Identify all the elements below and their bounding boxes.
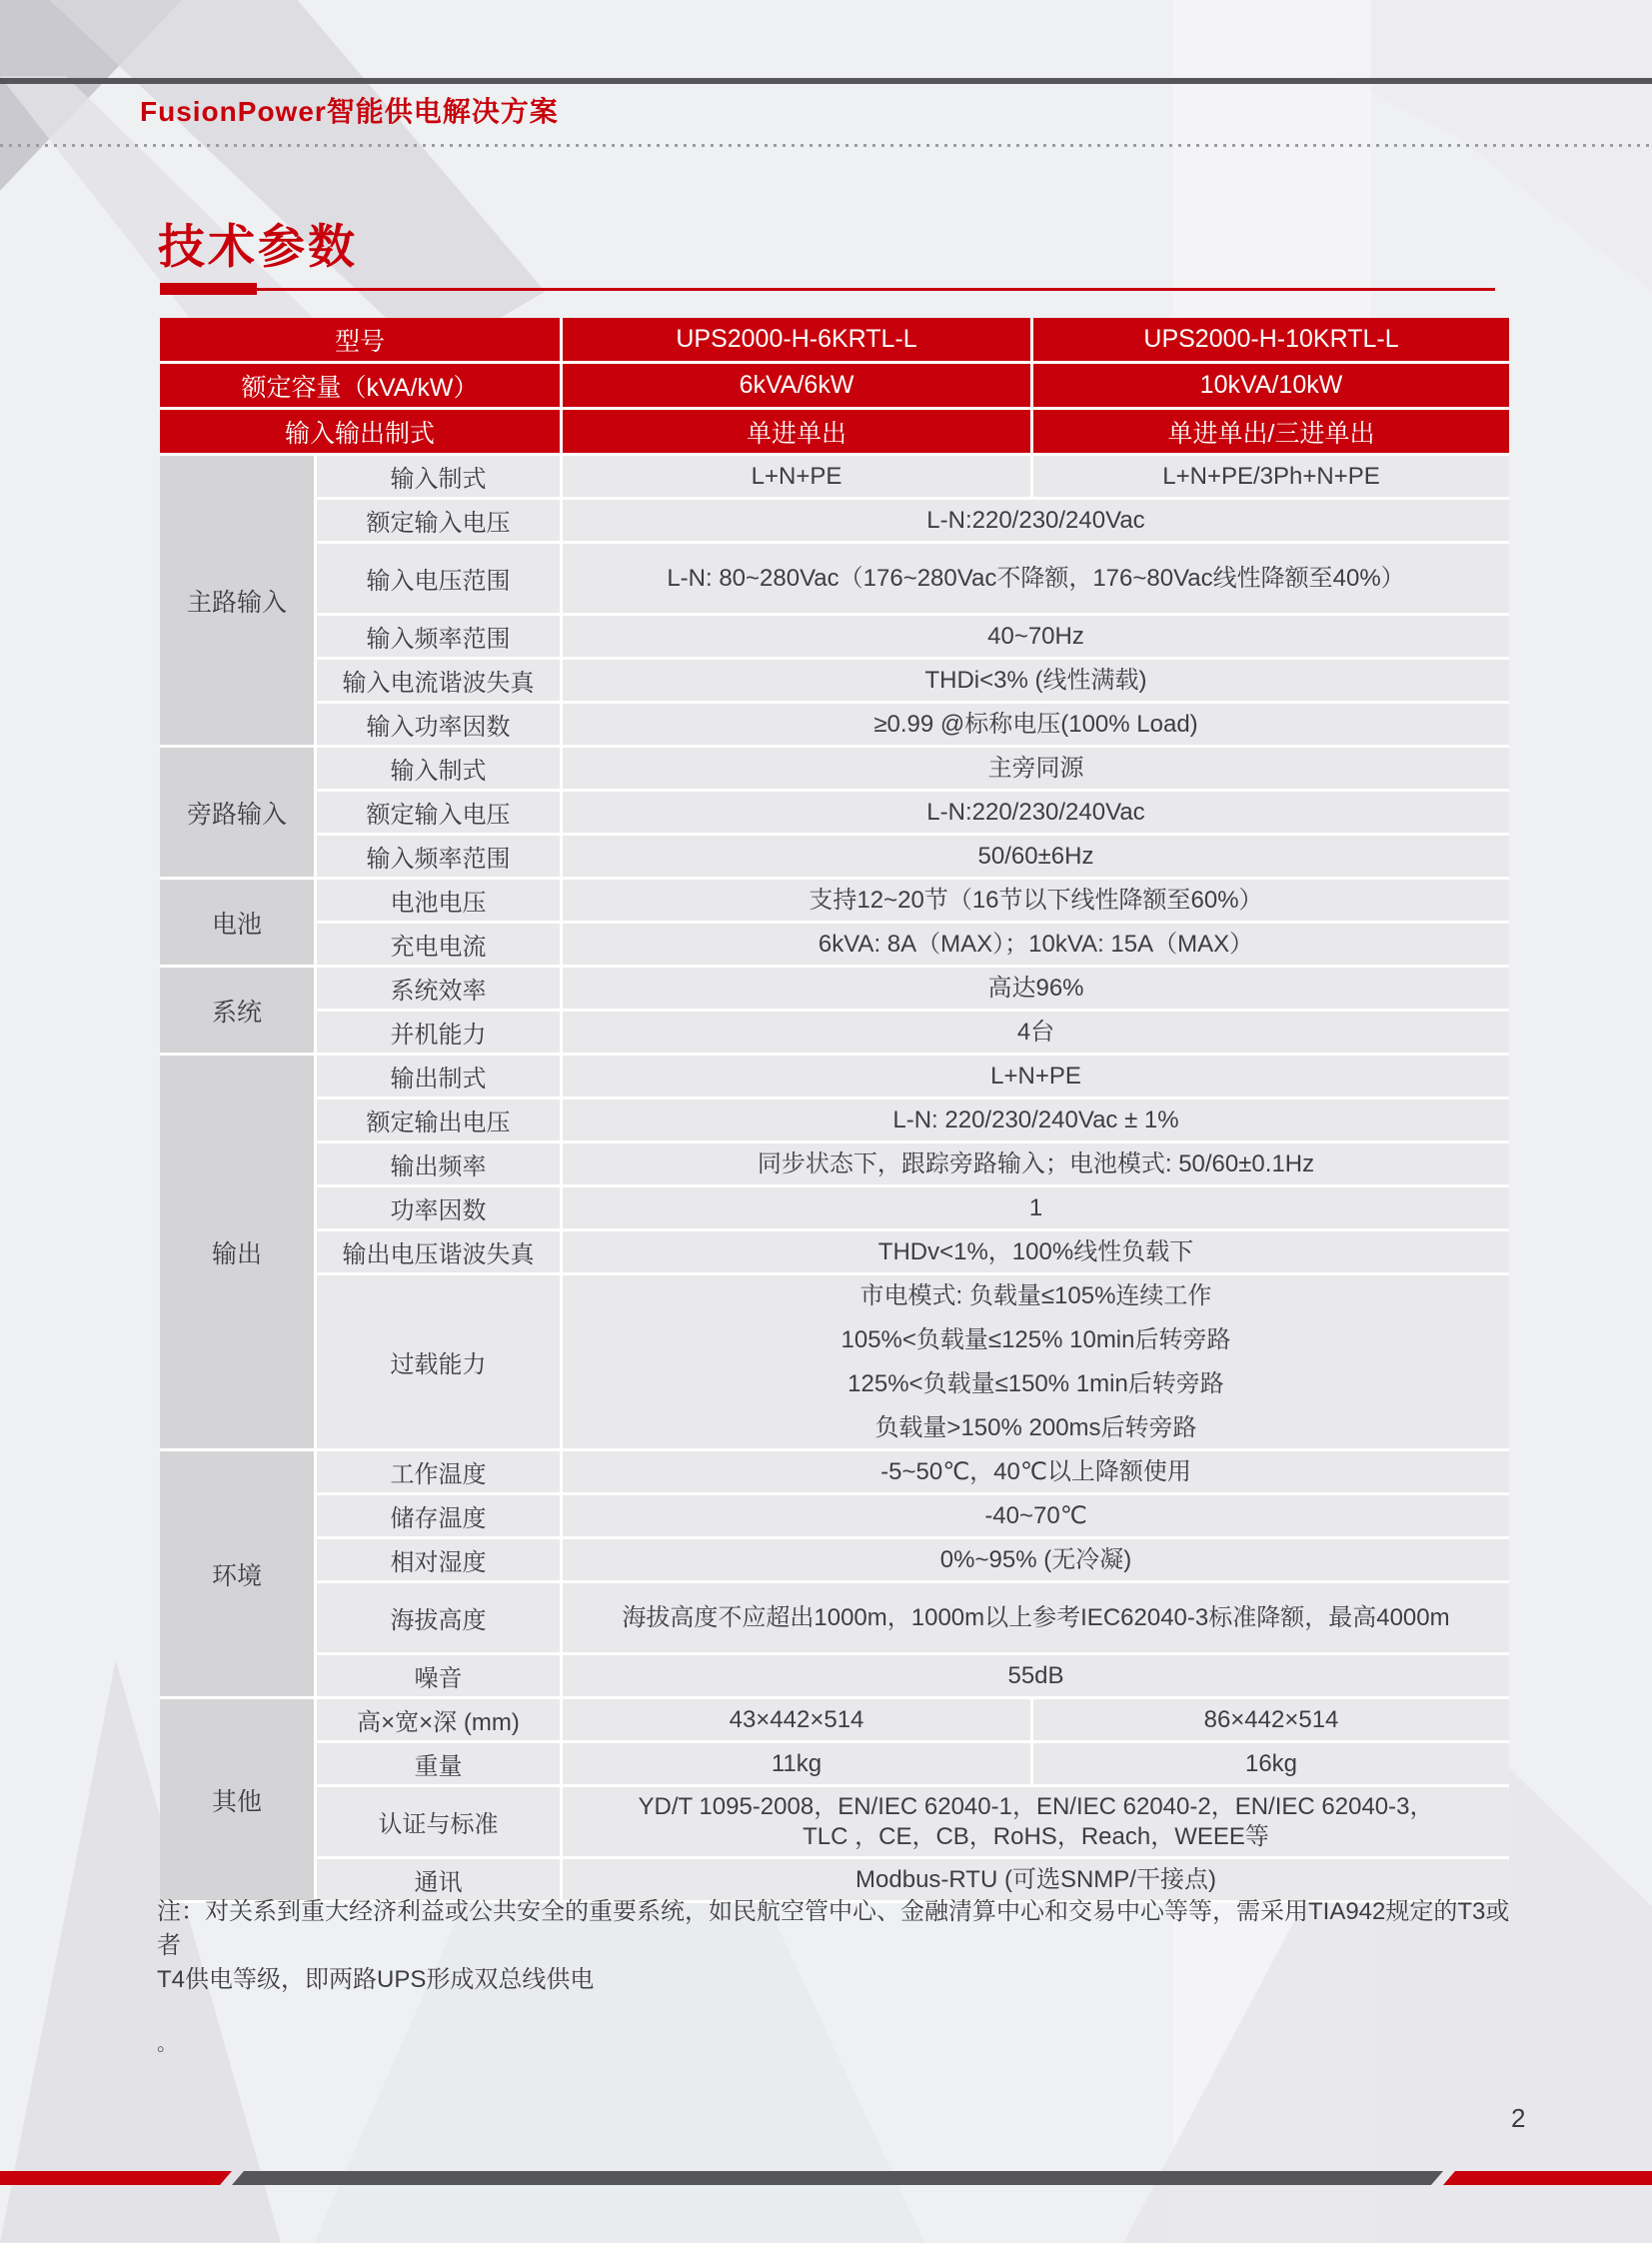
table-row: 充电电流6kVA: 8A（MAX）；10kVA: 15A（MAX）: [317, 924, 1509, 968]
value-text: 海拔高度不应超出1000m，1000m以上参考IEC62040-3标准降额，最高…: [622, 1603, 1449, 1633]
table-header-value: UPS2000-H-10KRTL-L: [1033, 318, 1509, 364]
table-row: 噪音55dB: [317, 1655, 1509, 1699]
value-cell: YD/T 1095-2008，EN/IEC 62040-1，EN/IEC 620…: [563, 1787, 1509, 1859]
value-cell: 40~70Hz: [563, 616, 1509, 660]
param-cell: 功率因数: [317, 1187, 563, 1231]
top-divider-bar: [0, 78, 1652, 84]
table-group: 电池电池电压支持12~20节（16节以下线性降额至60%）充电电流6kVA: 8…: [160, 880, 1509, 968]
param-cell: 储存温度: [317, 1495, 563, 1539]
value-text: ≥0.99 @标称电压(100% Load): [873, 710, 1197, 740]
table-row: 系统效率高达96%: [317, 968, 1509, 1012]
param-cell: 额定输出电压: [317, 1100, 563, 1143]
param-cell: 并机能力: [317, 1012, 563, 1056]
table-group: 其他高×宽×深 (mm)43×442×51486×442×514重量11kg16…: [160, 1699, 1509, 1903]
group-rows: 系统效率高达96%并机能力4台: [317, 968, 1509, 1056]
param-cell: 输入频率范围: [317, 836, 563, 880]
group-rows: 输出制式L+N+PE额定输出电压L-N: 220/230/240Vac ± 1%…: [317, 1056, 1509, 1451]
value-cell: 1: [563, 1187, 1509, 1231]
dotted-separator: [0, 144, 1652, 147]
group-rows: 输入制式L+N+PEL+N+PE/3Ph+N+PE额定输入电压L-N:220/2…: [317, 456, 1509, 748]
value-cell: 市电模式: 负载量≤105%连续工作105%<负载量≤125% 10min后转旁…: [563, 1275, 1509, 1451]
value-text: 支持12~20节（16节以下线性降额至60%）: [809, 886, 1262, 916]
value-cell: 55dB: [563, 1655, 1509, 1699]
value-cell: L-N: 80~280Vac（176~280Vac不降额，176~80Vac线性…: [563, 544, 1509, 616]
param-cell: 相对湿度: [317, 1539, 563, 1583]
value-text: 同步状态下，跟踪旁路输入；电池模式: 50/60±0.1Hz: [758, 1149, 1314, 1179]
table-header-value: 单进单出: [563, 410, 1033, 456]
value-cell: 主旁同源: [563, 748, 1509, 792]
param-cell: 输入电流谐波失真: [317, 660, 563, 704]
value-text: 40~70Hz: [987, 622, 1084, 652]
table-row: 海拔高度海拔高度不应超出1000m，1000m以上参考IEC62040-3标准降…: [317, 1583, 1509, 1655]
table-row: 重量11kg16kg: [317, 1743, 1509, 1787]
group-rows: 输入制式主旁同源额定输入电压L-N:220/230/240Vac输入频率范围50…: [317, 748, 1509, 880]
table-header-value: 单进单出/三进单出: [1033, 410, 1509, 456]
group-rows: 电池电压支持12~20节（16节以下线性降额至60%）充电电流6kVA: 8A（…: [317, 880, 1509, 968]
value-text: THDi<3% (线性满载): [924, 666, 1146, 696]
table-row: 额定输出电压L-N: 220/230/240Vac ± 1%: [317, 1100, 1509, 1143]
section-rule: [160, 288, 1495, 291]
footer-bar-gray: [232, 2171, 1443, 2185]
table-group: 旁路输入输入制式主旁同源额定输入电压L-N:220/230/240Vac输入频率…: [160, 748, 1509, 880]
section-rule-accent: [160, 283, 257, 295]
table-row: 输出电压谐波失真THDv<1%，100%线性负载下: [317, 1231, 1509, 1275]
table-header-row: 输入输出制式单进单出单进单出/三进单出: [160, 410, 1509, 456]
table-row: 输入功率因数≥0.99 @标称电压(100% Load): [317, 704, 1509, 748]
category-cell: 系统: [160, 968, 317, 1056]
category-cell: 输出: [160, 1056, 317, 1451]
table-row: 额定输入电压L-N:220/230/240Vac: [317, 500, 1509, 544]
param-cell: 工作温度: [317, 1451, 563, 1495]
param-cell: 输入电压范围: [317, 544, 563, 616]
value-cell: 50/60±6Hz: [563, 836, 1509, 880]
param-cell: 输入制式: [317, 748, 563, 792]
table-row: 高×宽×深 (mm)43×442×51486×442×514: [317, 1699, 1509, 1743]
value-text: L-N: 220/230/240Vac ± 1%: [892, 1106, 1178, 1135]
brand-title: FusionPower智能供电解决方案: [140, 90, 559, 130]
footnote: 注：对关系到重大经济利益或公共安全的重要系统，如民航空管中心、金融清算中心和交易…: [157, 1895, 1516, 1997]
value-cell: 11kg: [563, 1743, 1033, 1787]
param-cell: 输出频率: [317, 1143, 563, 1187]
value-text: YD/T 1095-2008，EN/IEC 62040-1，EN/IEC 620…: [617, 1792, 1456, 1852]
table-row: 相对湿度0%~95% (无冷凝): [317, 1539, 1509, 1583]
stray-punctuation: 。: [157, 2027, 177, 2056]
value-text: 55dB: [1007, 1661, 1063, 1691]
value-cell: -40~70℃: [563, 1495, 1509, 1539]
footnote-line: 注：对关系到重大经济利益或公共安全的重要系统，如民航空管中心、金融清算中心和交易…: [157, 1895, 1516, 1963]
group-rows: 工作温度-5~50℃，40℃以上降额使用储存温度-40~70℃相对湿度0%~95…: [317, 1451, 1509, 1699]
value-line: 负载量>150% 200ms后转旁路: [874, 1406, 1196, 1450]
value-text: 主旁同源: [988, 754, 1084, 784]
value-text: 高达96%: [987, 974, 1083, 1004]
value-cell: L+N+PE/3Ph+N+PE: [1033, 456, 1509, 500]
value-text: L-N: 80~280Vac（176~280Vac不降额，176~80Vac线性…: [667, 564, 1404, 594]
param-cell: 噪音: [317, 1655, 563, 1699]
param-cell: 输入制式: [317, 456, 563, 500]
table-row: 电池电压支持12~20节（16节以下线性降额至60%）: [317, 880, 1509, 924]
document-page: FusionPower智能供电解决方案 技术参数 型号UPS2000-H-6KR…: [0, 0, 1652, 2243]
table-row: 功率因数1: [317, 1187, 1509, 1231]
table-row: 额定输入电压L-N:220/230/240Vac: [317, 792, 1509, 836]
footer-bar-red-right: [1443, 2171, 1652, 2185]
table-group: 环境工作温度-5~50℃，40℃以上降额使用储存温度-40~70℃相对湿度0%~…: [160, 1451, 1509, 1699]
spec-table: 型号UPS2000-H-6KRTL-LUPS2000-H-10KRTL-L额定容…: [160, 318, 1509, 1903]
param-cell: 高×宽×深 (mm): [317, 1699, 563, 1743]
param-cell: 认证与标准: [317, 1787, 563, 1859]
value-cell: THDi<3% (线性满载): [563, 660, 1509, 704]
param-cell: 过载能力: [317, 1275, 563, 1451]
param-cell: 电池电压: [317, 880, 563, 924]
category-cell: 环境: [160, 1451, 317, 1699]
table-group: 系统系统效率高达96%并机能力4台: [160, 968, 1509, 1056]
param-cell: 输出制式: [317, 1056, 563, 1100]
value-cell: ≥0.99 @标称电压(100% Load): [563, 704, 1509, 748]
param-cell: 充电电流: [317, 924, 563, 968]
value-text: 1: [1029, 1193, 1042, 1223]
table-header-value: UPS2000-H-6KRTL-L: [563, 318, 1033, 364]
value-cell: 0%~95% (无冷凝): [563, 1539, 1509, 1583]
value-cell: THDv<1%，100%线性负载下: [563, 1231, 1509, 1275]
table-row: 输入电流谐波失真THDi<3% (线性满载): [317, 660, 1509, 704]
value-text: THDv<1%，100%线性负载下: [878, 1237, 1193, 1267]
param-cell: 系统效率: [317, 968, 563, 1012]
value-text: L-N:220/230/240Vac: [926, 506, 1144, 536]
table-row: 认证与标准YD/T 1095-2008，EN/IEC 62040-1，EN/IE…: [317, 1787, 1509, 1859]
param-cell: 输入功率因数: [317, 704, 563, 748]
value-cell: 43×442×514: [563, 1699, 1033, 1743]
category-cell: 其他: [160, 1699, 317, 1903]
table-row: 输入制式主旁同源: [317, 748, 1509, 792]
value-text: 0%~95% (无冷凝): [940, 1545, 1131, 1575]
table-row: 过载能力市电模式: 负载量≤105%连续工作105%<负载量≤125% 10mi…: [317, 1275, 1509, 1451]
value-text: -5~50℃，40℃以上降额使用: [880, 1457, 1191, 1487]
table-row: 输出制式L+N+PE: [317, 1056, 1509, 1100]
table-header-value: 6kVA/6kW: [563, 364, 1033, 410]
value-cell: L+N+PE: [563, 456, 1033, 500]
param-cell: 额定输入电压: [317, 792, 563, 836]
value-cell: 海拔高度不应超出1000m，1000m以上参考IEC62040-3标准降额，最高…: [563, 1583, 1509, 1655]
value-cell: 支持12~20节（16节以下线性降额至60%）: [563, 880, 1509, 924]
value-cell: L-N:220/230/240Vac: [563, 500, 1509, 544]
value-line: 105%<负载量≤125% 10min后转旁路: [841, 1318, 1231, 1362]
value-cell: 6kVA: 8A（MAX）；10kVA: 15A（MAX）: [563, 924, 1509, 968]
value-text: 50/60±6Hz: [978, 842, 1094, 872]
table-row: 输出频率同步状态下，跟踪旁路输入；电池模式: 50/60±0.1Hz: [317, 1143, 1509, 1187]
category-cell: 电池: [160, 880, 317, 968]
table-row: 输入频率范围50/60±6Hz: [317, 836, 1509, 880]
table-header-row: 型号UPS2000-H-6KRTL-LUPS2000-H-10KRTL-L: [160, 318, 1509, 364]
value-cell: L-N: 220/230/240Vac ± 1%: [563, 1100, 1509, 1143]
table-header-label: 额定容量（kVA/kW）: [160, 364, 563, 410]
page-number: 2: [1511, 2103, 1525, 2134]
category-cell: 旁路输入: [160, 748, 317, 880]
category-cell: 主路输入: [160, 456, 317, 748]
table-header-label: 型号: [160, 318, 563, 364]
footnote-line: T4供电等级，即两路UPS形成双总线供电: [157, 1963, 1516, 1997]
table-group: 主路输入输入制式L+N+PEL+N+PE/3Ph+N+PE额定输入电压L-N:2…: [160, 456, 1509, 748]
section-title: 技术参数: [158, 210, 358, 277]
value-cell: L-N:220/230/240Vac: [563, 792, 1509, 836]
table-row: 储存温度-40~70℃: [317, 1495, 1509, 1539]
table-row: 输入频率范围40~70Hz: [317, 616, 1509, 660]
param-cell: 海拔高度: [317, 1583, 563, 1655]
value-text: L-N:220/230/240Vac: [926, 798, 1144, 828]
table-row: 输入电压范围L-N: 80~280Vac（176~280Vac不降额，176~8…: [317, 544, 1509, 616]
param-cell: 重量: [317, 1743, 563, 1787]
param-cell: 输出电压谐波失真: [317, 1231, 563, 1275]
table-header-value: 10kVA/10kW: [1033, 364, 1509, 410]
value-line: 市电模式: 负载量≤105%连续工作: [860, 1274, 1212, 1318]
value-cell: 86×442×514: [1033, 1699, 1509, 1743]
value-text: -40~70℃: [984, 1501, 1086, 1531]
value-text: 6kVA: 8A（MAX）；10kVA: 15A（MAX）: [819, 930, 1253, 960]
value-cell: 高达96%: [563, 968, 1509, 1012]
footer-bar-red-left: [0, 2171, 232, 2185]
table-group: 输出输出制式L+N+PE额定输出电压L-N: 220/230/240Vac ± …: [160, 1056, 1509, 1451]
table-header-row: 额定容量（kVA/kW）6kVA/6kW10kVA/10kW: [160, 364, 1509, 410]
group-rows: 高×宽×深 (mm)43×442×51486×442×514重量11kg16kg…: [317, 1699, 1509, 1903]
value-cell: -5~50℃，40℃以上降额使用: [563, 1451, 1509, 1495]
table-row: 工作温度-5~50℃，40℃以上降额使用: [317, 1451, 1509, 1495]
value-cell: L+N+PE: [563, 1056, 1509, 1100]
param-cell: 额定输入电压: [317, 500, 563, 544]
value-cell: 同步状态下，跟踪旁路输入；电池模式: 50/60±0.1Hz: [563, 1143, 1509, 1187]
value-text: Modbus-RTU (可选SNMP/干接点): [855, 1865, 1216, 1895]
param-cell: 输入频率范围: [317, 616, 563, 660]
table-row: 输入制式L+N+PEL+N+PE/3Ph+N+PE: [317, 456, 1509, 500]
table-header-label: 输入输出制式: [160, 410, 563, 456]
value-text: L+N+PE: [990, 1062, 1081, 1092]
value-cell: 4台: [563, 1012, 1509, 1056]
table-row: 并机能力4台: [317, 1012, 1509, 1056]
value-line: 125%<负载量≤150% 1min后转旁路: [847, 1362, 1224, 1406]
value-cell: 16kg: [1033, 1743, 1509, 1787]
value-text: 4台: [1017, 1018, 1054, 1048]
